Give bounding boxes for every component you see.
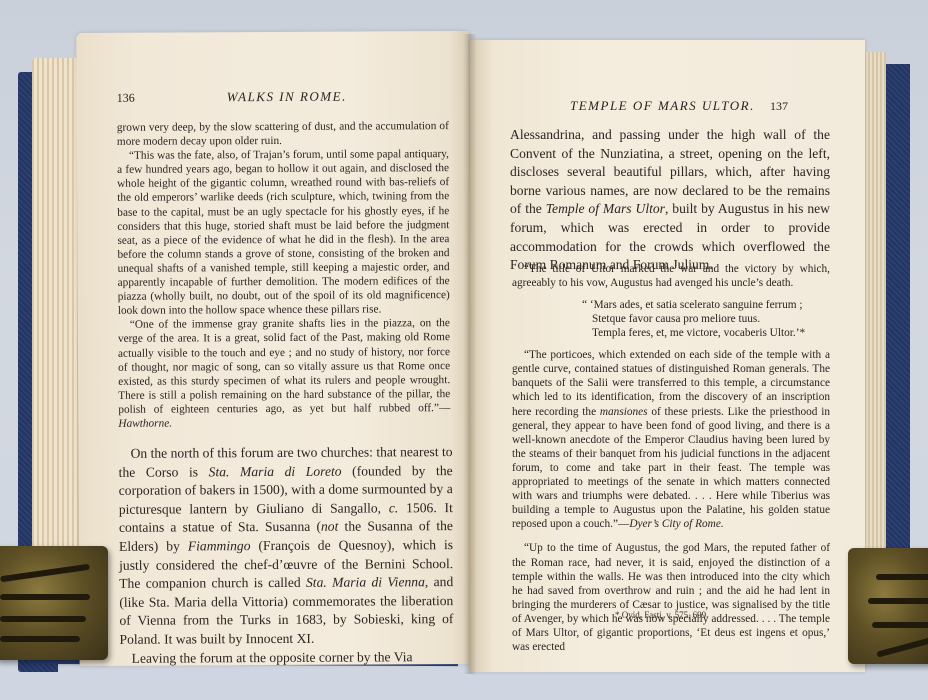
- verse-line: Stetque favor causa pro meliore tuus.: [582, 312, 830, 326]
- left-running-head: WALKS IN ROME.: [227, 89, 347, 106]
- book-gutter: [463, 34, 477, 674]
- quote-paragraph: “This was the fate, also, of Trajan’s fo…: [117, 147, 450, 318]
- quote-paragraph: “Up to the time of Augustus, the god Mar…: [512, 541, 830, 654]
- right-running-head: TEMPLE OF MARS ULTOR.: [570, 98, 755, 114]
- right-page-number: 137: [770, 99, 788, 114]
- right-quote-block: “The title of Ultor marked the war and t…: [512, 262, 830, 654]
- right-page: TEMPLE OF MARS ULTOR. 137 Alessandrina, …: [470, 40, 865, 672]
- church-name: Sta. Maria di Loreto: [209, 463, 342, 479]
- left-quote-block: grown very deep, by the slow scattering …: [117, 119, 451, 431]
- verse-line: “ ‘Mars ades, et satia scelerato sanguin…: [582, 298, 830, 312]
- quote-source: Dyer’s City of Rome.: [629, 518, 723, 530]
- left-page: 136 WALKS IN ROME. grown very deep, by t…: [76, 31, 471, 666]
- brass-bookend-left: [0, 546, 108, 660]
- body-paragraph: On the north of this forum are two churc…: [119, 443, 454, 649]
- church-name: Sta. Maria di Vienna: [306, 574, 425, 590]
- quote-paragraph: “One of the immense gray granite shafts …: [118, 316, 451, 430]
- artist-name: Fiammingo: [188, 538, 251, 553]
- latin-verse: “ ‘Mars ades, et satia scelerato sanguin…: [582, 298, 830, 340]
- body-paragraph: Alessandrina, and passing under the high…: [510, 126, 830, 275]
- right-body-text: Alessandrina, and passing under the high…: [510, 126, 830, 275]
- footnote: * Ovid, Fasti, v. 575, 699.: [615, 610, 708, 620]
- quote-paragraph: “The title of Ultor marked the war and t…: [512, 262, 830, 290]
- left-body-text: On the north of this forum are two churc…: [119, 443, 454, 668]
- quote-attribution: Hawthorne.: [118, 418, 172, 430]
- quote-paragraph: grown very deep, by the slow scattering …: [117, 119, 449, 149]
- verse-line: Templa feres, et, me victore, vocaberis …: [582, 326, 830, 340]
- quote-paragraph: “The porticoes, which extended on each s…: [512, 348, 830, 531]
- temple-name: Temple of Mars Ultor: [546, 201, 665, 216]
- brass-bookend-right: [848, 548, 928, 664]
- left-page-number: 136: [117, 91, 135, 106]
- body-paragraph: Leaving the forum at the opposite corner…: [120, 648, 454, 668]
